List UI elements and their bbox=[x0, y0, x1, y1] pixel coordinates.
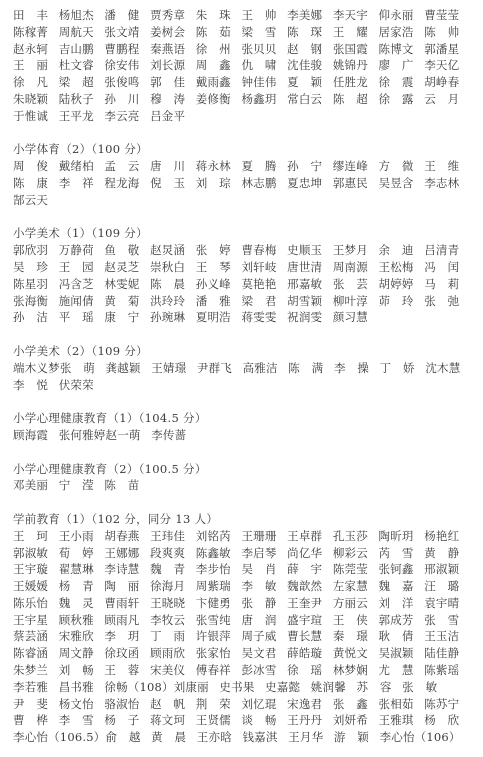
name-cell: 王宇璇 bbox=[13, 561, 59, 578]
name-cell: 王亦晗 bbox=[197, 729, 243, 746]
name-cell: 史书果 bbox=[219, 679, 265, 696]
name-cell: 吕金平 bbox=[150, 108, 196, 125]
name-row: 郭淑敏荀 婷王娜娜段爽爽陈鑫敏李启琴尚亿华柳彩云芮 雪黄 静 bbox=[13, 545, 471, 562]
name-cell: 王媛媛 bbox=[13, 578, 59, 595]
name-row: 王宇璇翟慧琳李诗慧魏 青李步怡吴 肖薛 宇陈莞莹张钶鑫邢淑颖 bbox=[13, 561, 471, 578]
name-cell: 张雪纯 bbox=[196, 612, 242, 629]
name-cell: 林梦娴 bbox=[333, 662, 379, 679]
name-cell: 任胜龙 bbox=[333, 74, 379, 91]
name-cell: 徐 凡 bbox=[13, 74, 59, 91]
name-row: 吴 珍王 园赵灵芝崇秋白王 琴刘轩岐唐世清周南源王松梅冯 闰 bbox=[13, 259, 471, 276]
name-cell: 王 维 bbox=[424, 158, 470, 175]
name-cell: 宋美仪 bbox=[150, 662, 196, 679]
name-cell: 王 珂 bbox=[13, 528, 59, 545]
name-cell: 郭 佳 bbox=[150, 74, 196, 91]
name-cell: 徐 露 bbox=[379, 91, 425, 108]
name-cell: 赵炅涵 bbox=[150, 242, 196, 259]
name-cell: 端木义梦 bbox=[13, 360, 60, 377]
name-cell: 徐安伟 bbox=[104, 57, 150, 74]
name-cell: 秦燕语 bbox=[150, 41, 196, 58]
name-cell: 潘 雅 bbox=[196, 293, 242, 310]
name-cell: 张 芸 bbox=[333, 276, 379, 293]
name-cell: 杨 子 bbox=[104, 712, 150, 729]
name-row: 陈星羽冯含芝林雯妮陈 晨孙义峰莫艳艳邢嘉敏张 芸胡婷婷马 莉 bbox=[13, 276, 471, 293]
name-row: 尹 斐杨文怡骆淑怡赵 帆荆 荣刘忆琨宋逸君张 鑫张相茹陈苏宁 bbox=[13, 696, 471, 713]
name-cell: 曹春梅 bbox=[241, 242, 287, 259]
name-cell: 王松梅 bbox=[379, 259, 425, 276]
name-cell: 仇 啸 bbox=[241, 57, 287, 74]
name-cell: 张相茹 bbox=[379, 696, 425, 713]
name-cell: 梁 超 bbox=[59, 74, 105, 91]
name-cell: 王宇星 bbox=[13, 612, 59, 629]
name-cell: 鱼 敬 bbox=[104, 242, 150, 259]
section: 小学心理健康教育（1）（104.5 分）顾海霞张何雅婷赵一萌李传蔷 bbox=[13, 410, 471, 444]
name-row: 陈睿涵周文静徐玟函顾雨欣张家怡吴文君薛皓璇黄悦文吴淑颖陆佳静 bbox=[13, 645, 471, 662]
name-cell: 刘 琮 bbox=[196, 175, 242, 192]
name-row: 郜云天 bbox=[13, 192, 471, 209]
name-cell: 王晓晓 bbox=[150, 595, 196, 612]
name-cell: 张国霞 bbox=[333, 41, 379, 58]
name-cell: 穆 涛 bbox=[150, 91, 196, 108]
name-row: 孙 洁平 瑶康 宁孙琬琳夏明浩蒋雯雯祝润雯颜习慧 bbox=[13, 309, 471, 326]
name-row: 李心怡（106.5）俞 越黄 晨王亦晗钱嘉淇王月华游 颖李心怡（106） bbox=[13, 729, 471, 746]
name-cell: 李志林 bbox=[424, 175, 470, 192]
name-cell: 冯 闰 bbox=[424, 259, 470, 276]
name-cell: 黄 晨 bbox=[151, 729, 197, 746]
name-cell: 朱梦兰 bbox=[13, 662, 59, 679]
name-cell: 卞健勇 bbox=[196, 595, 242, 612]
name-cell: 宋雅欣 bbox=[59, 628, 105, 645]
name-cell: 潘 健 bbox=[104, 7, 150, 24]
name-cell: 唐 润 bbox=[241, 612, 287, 629]
name-row: 王宇星顾秋雅顾雨凡李牧云张雪纯唐 润盛宇瑄王 侠郭成芳张 雪 bbox=[13, 612, 471, 629]
name-row: 顾海霞张何雅婷赵一萌李传蔷 bbox=[13, 427, 471, 444]
name-cell: 赵一萌 bbox=[106, 427, 152, 444]
name-cell: 魏歆然 bbox=[287, 578, 333, 595]
name-cell: 刘妍希 bbox=[333, 712, 379, 729]
name-cell: 陈 满 bbox=[288, 360, 334, 377]
name-cell: 杨 欣 bbox=[424, 712, 470, 729]
name-cell: 王奎尹 bbox=[287, 595, 333, 612]
name-cell: 龚越颖 bbox=[106, 360, 152, 377]
name-cell: 张 萌 bbox=[60, 360, 106, 377]
name-cell: 陈 康 bbox=[13, 175, 59, 192]
name-cell: 唐 川 bbox=[150, 158, 196, 175]
name-cell: 王卓群 bbox=[287, 528, 333, 545]
name-cell: 黄悦文 bbox=[333, 645, 379, 662]
name-cell: 杨鑫玥 bbox=[241, 91, 287, 108]
name-row: 王媛媛杨 青陶 丽徐海月周紫瑞李 敏魏歆然左家慧魏 嘉汪 璐 bbox=[13, 578, 471, 595]
name-cell: 王 耀 bbox=[333, 24, 379, 41]
name-cell: 杨旭杰 bbox=[59, 7, 105, 24]
name-cell: 李启琴 bbox=[241, 545, 287, 562]
name-cell: 柳彩云 bbox=[333, 545, 379, 562]
name-cell: 左家慧 bbox=[333, 578, 379, 595]
name-cell: 沈佳骏 bbox=[287, 57, 333, 74]
name-row: 郭欣羽万静荷鱼 敬赵炅涵张 婷曹春梅史顺玉王梦月余 迪吕清青 bbox=[13, 242, 471, 259]
name-cell: 梁 君 bbox=[241, 293, 287, 310]
name-cell: 刘轩岐 bbox=[241, 259, 287, 276]
name-cell: 王娜娜 bbox=[104, 545, 150, 562]
name-cell: 李 操 bbox=[334, 360, 380, 377]
name-row: 邓美丽宁 滢陈 苗 bbox=[13, 477, 471, 494]
name-cell: 陈 苗 bbox=[104, 477, 150, 494]
name-row: 赵永轲吉山鹏曹鹏程秦燕语徐 州张贝贝赵 钢张国霞陈博文郭潘星 bbox=[13, 41, 471, 58]
name-cell: 方丽云 bbox=[333, 595, 379, 612]
name-row: 朱梦兰刘 畅王 蓉宋美仪傅春祥彭冰雪徐 瑶林梦娴尤 慧陈紫瑶 bbox=[13, 662, 471, 679]
name-cell: 陈苏宁 bbox=[424, 696, 470, 713]
name-cell: 王玉洁 bbox=[424, 628, 470, 645]
name-cell: 尚亿华 bbox=[287, 545, 333, 562]
section: 小学体育（2）（100 分）周 俊戴绪柏孟 云唐 川蒋永林夏 腾孙 宁缪连峰方 … bbox=[13, 141, 471, 208]
name-cell: 骆淑怡 bbox=[104, 696, 150, 713]
name-cell: 郭惠民 bbox=[333, 175, 379, 192]
name-cell: 马 莉 bbox=[424, 276, 470, 293]
name-cell: 徐 州 bbox=[196, 41, 242, 58]
name-cell: 戴绪柏 bbox=[59, 158, 105, 175]
name-cell: 李 敏 bbox=[241, 578, 287, 595]
name-cell: 杨文怡 bbox=[59, 696, 105, 713]
name-cell: 夏 颖 bbox=[287, 74, 333, 91]
name-cell: 李美娜 bbox=[287, 7, 333, 24]
name-cell: 云 月 bbox=[424, 91, 470, 108]
name-cell: 洪玲玲 bbox=[150, 293, 196, 310]
section-title: 小学美术（2）（109 分） bbox=[13, 343, 471, 360]
name-cell: 吴昱含 bbox=[379, 175, 425, 192]
name-cell: 黄 静 bbox=[424, 545, 470, 562]
name-cell: 郭欣羽 bbox=[13, 242, 59, 259]
name-cell: 王 帅 bbox=[241, 7, 287, 24]
name-cell: 吴淑颖 bbox=[379, 645, 425, 662]
name-cell: 张 敏 bbox=[402, 679, 448, 696]
name-cell: 张文靖 bbox=[104, 24, 150, 41]
name-cell: 尤 慧 bbox=[379, 662, 425, 679]
name-cell: 孙 川 bbox=[104, 91, 150, 108]
name-cell: 居家浩 bbox=[379, 24, 425, 41]
name-cell: 冯含芝 bbox=[59, 276, 105, 293]
name-row: 李若雅昌书雅徐畅（108）刘康丽史书果史嘉懿姚润馨苏 容张 敏 bbox=[13, 679, 471, 696]
name-cell: 蒋雯雯 bbox=[241, 309, 287, 326]
name-cell: 陈星羽 bbox=[13, 276, 59, 293]
name-cell: 王 蓉 bbox=[104, 662, 150, 679]
name-cell: 蒋永林 bbox=[196, 158, 242, 175]
name-cell: 陈 晨 bbox=[150, 276, 196, 293]
name-row: 陈 康李 祥程龙海倪 玉刘 琮林志鹏夏忠坤郭惠民吴昱含李志林 bbox=[13, 175, 471, 192]
name-cell: 张 婷 bbox=[196, 242, 242, 259]
name-row: 徐 凡梁 超张俊鸣郭 佳戴雨鑫钟佳伟夏 颖任胜龙徐 震胡峥春 bbox=[13, 74, 471, 91]
name-cell: 芮 雪 bbox=[379, 545, 425, 562]
name-cell: 顾海霞 bbox=[13, 427, 59, 444]
name-cell: 李传蔷 bbox=[151, 427, 197, 444]
name-cell: 顾秋雅 bbox=[59, 612, 105, 629]
name-cell: 陈稼菁 bbox=[13, 24, 59, 41]
name-cell: 周 鑫 bbox=[196, 57, 242, 74]
name-cell: 康 宁 bbox=[104, 309, 150, 326]
name-cell: 张 弛 bbox=[424, 293, 470, 310]
name-cell: 李心怡（106.5） bbox=[13, 729, 105, 746]
name-cell: 姚润馨 bbox=[311, 679, 357, 696]
name-cell: 盛宇瑄 bbox=[287, 612, 333, 629]
name-cell: 张家怡 bbox=[196, 645, 242, 662]
name-cell: 王梦月 bbox=[333, 242, 379, 259]
name-cell: 郭成芳 bbox=[379, 612, 425, 629]
name-cell: 方 微 bbox=[379, 158, 425, 175]
name-cell: 徐 瑶 bbox=[287, 662, 333, 679]
name-cell: 柳叶淳 bbox=[333, 293, 379, 310]
section: 学前教育（1）（102 分，同分 13 人）王 珂王小雨胡春燕王玮佳刘铭芮王珊珊… bbox=[13, 511, 471, 746]
name-cell: 陶 丽 bbox=[104, 578, 150, 595]
name-cell: 张贝贝 bbox=[241, 41, 287, 58]
name-cell: 杨 青 bbox=[59, 578, 105, 595]
name-cell: 陈 茹 bbox=[196, 24, 242, 41]
name-cell: 王珊珊 bbox=[241, 528, 287, 545]
name-row: 于惟诚王平龙李云亮吕金平 bbox=[13, 108, 471, 125]
name-cell: 余 迪 bbox=[379, 242, 425, 259]
name-cell: 夏 腾 bbox=[241, 158, 287, 175]
name-cell: 胡婷婷 bbox=[379, 276, 425, 293]
name-row: 王 珂王小雨胡春燕王玮佳刘铭芮王珊珊王卓群孔玉莎陶昕玥杨艳红 bbox=[13, 528, 471, 545]
name-cell: 胡峥春 bbox=[424, 74, 470, 91]
name-cell: 宋逸君 bbox=[287, 696, 333, 713]
name-row: 李 悦伏荣荣 bbox=[13, 377, 471, 394]
name-cell: 苏 容 bbox=[356, 679, 402, 696]
name-cell: 朱 珠 bbox=[196, 7, 242, 24]
name-cell: 王小雨 bbox=[59, 528, 105, 545]
name-cell: 王玮佳 bbox=[150, 528, 196, 545]
name-cell: 丁 雨 bbox=[150, 628, 196, 645]
name-cell: 俞 越 bbox=[105, 729, 151, 746]
name-row: 王 丽杜文睿徐安伟刘长源周 鑫仇 啸沈佳骏姚锦丹廖 广李天亿 bbox=[13, 57, 471, 74]
name-cell: 周文静 bbox=[59, 645, 105, 662]
name-cell: 陶昕玥 bbox=[379, 528, 425, 545]
name-cell: 徐畅（108） bbox=[104, 679, 173, 696]
name-cell: 荆 荣 bbox=[196, 696, 242, 713]
name-cell: 姚锦丹 bbox=[333, 57, 379, 74]
name-cell: 陈紫瑶 bbox=[424, 662, 470, 679]
name-cell: 梁 雪 bbox=[241, 24, 287, 41]
name-row: 陈稼菁周航天张文靖姜树会陈 茹梁 雪陈 琛王 耀居家浩陈 帅 bbox=[13, 24, 471, 41]
name-cell: 廖 广 bbox=[379, 57, 425, 74]
name-cell: 薛 宇 bbox=[287, 561, 333, 578]
name-cell: 徐 震 bbox=[379, 74, 425, 91]
name-cell: 蒋文珂 bbox=[150, 712, 196, 729]
name-cell: 陈睿涵 bbox=[13, 645, 59, 662]
name-cell: 祝润雯 bbox=[287, 309, 333, 326]
section-title: 小学体育（2）（100 分） bbox=[13, 141, 471, 158]
name-cell: 荀 婷 bbox=[59, 545, 105, 562]
name-cell: 刘铭芮 bbox=[196, 528, 242, 545]
name-row: 曹 桦李 雪杨 子蒋文珂王贤儒谈 畅王丹丹刘妍希王雅琪杨 欣 bbox=[13, 712, 471, 729]
name-cell: 唐世清 bbox=[287, 259, 333, 276]
name-cell: 王月华 bbox=[288, 729, 334, 746]
name-cell: 王平龙 bbox=[59, 108, 105, 125]
section-title: 小学美术（1）（109 分） bbox=[13, 225, 471, 242]
name-cell: 周子威 bbox=[241, 628, 287, 645]
name-cell: 于惟诚 bbox=[13, 108, 59, 125]
name-cell: 蔡芸涵 bbox=[13, 628, 59, 645]
name-cell: 邓美丽 bbox=[13, 477, 59, 494]
name-cell: 孟 云 bbox=[104, 158, 150, 175]
name-cell: 宁 滢 bbox=[59, 477, 105, 494]
name-cell: 翟慧琳 bbox=[59, 561, 105, 578]
section: 小学美术（2）（109 分）端木义梦张 萌龚越颖王婧璟尹群飞高雅洁陈 满李 操丁… bbox=[13, 343, 471, 393]
name-cell: 郭淑敏 bbox=[13, 545, 59, 562]
name-cell: 程龙海 bbox=[104, 175, 150, 192]
name-cell: 高雅洁 bbox=[243, 360, 289, 377]
name-cell: 李云亮 bbox=[104, 108, 150, 125]
name-cell: 孙义峰 bbox=[196, 276, 242, 293]
name-cell: 段爽爽 bbox=[150, 545, 196, 562]
name-cell: 丁 娇 bbox=[380, 360, 426, 377]
name-cell: 刘 洋 bbox=[379, 595, 425, 612]
name-cell: 胡雪颖 bbox=[287, 293, 333, 310]
name-cell: 杨艳红 bbox=[424, 528, 470, 545]
name-cell: 李步怡 bbox=[196, 561, 242, 578]
name-cell: 常白云 bbox=[287, 91, 333, 108]
name-cell: 王 琴 bbox=[196, 259, 242, 276]
name-cell: 张 静 bbox=[241, 595, 287, 612]
name-cell: 彭冰雪 bbox=[241, 662, 287, 679]
name-cell: 陈博文 bbox=[379, 41, 425, 58]
name-cell: 傅春祥 bbox=[196, 662, 242, 679]
name-cell: 孔玉莎 bbox=[333, 528, 379, 545]
name-row: 张海衡施闻倩黄 菊洪玲玲潘 雅梁 君胡雪颖柳叶淳茆 玲张 弛 bbox=[13, 293, 471, 310]
name-cell: 王 丽 bbox=[13, 57, 59, 74]
name-cell: 周南源 bbox=[333, 259, 379, 276]
name-cell: 邢嘉敏 bbox=[287, 276, 333, 293]
name-cell: 王 园 bbox=[59, 259, 105, 276]
name-cell: 李 悦 bbox=[13, 377, 59, 394]
name-cell: 钟佳伟 bbox=[241, 74, 287, 91]
name-cell: 茆 玲 bbox=[379, 293, 425, 310]
name-cell: 颜习慧 bbox=[333, 309, 379, 326]
name-cell: 游 颖 bbox=[334, 729, 380, 746]
name-cell: 刘忆琨 bbox=[241, 696, 287, 713]
name-cell: 李 祥 bbox=[59, 175, 105, 192]
name-cell: 陆佳静 bbox=[424, 645, 470, 662]
name-row: 田 丰杨旭杰潘 健贾秀章朱 珠王 帅李美娜李天宇仰永丽曹莹莹 bbox=[13, 7, 471, 24]
name-cell: 黄 菊 bbox=[104, 293, 150, 310]
name-cell: 史嘉懿 bbox=[265, 679, 311, 696]
name-cell: 魏 青 bbox=[150, 561, 196, 578]
name-cell: 陆秋子 bbox=[59, 91, 105, 108]
name-cell: 孙 宁 bbox=[287, 158, 333, 175]
name-cell: 莫艳艳 bbox=[241, 276, 287, 293]
name-cell: 魏 嘉 bbox=[379, 578, 425, 595]
name-cell: 尹群飞 bbox=[197, 360, 243, 377]
name-cell: 张俊鸣 bbox=[104, 74, 150, 91]
document-page: 田 丰杨旭杰潘 健贾秀章朱 珠王 帅李美娜李天宇仰永丽曹莹莹陈稼菁周航天张文靖姜… bbox=[0, 0, 483, 757]
section-title: 小学心理健康教育（1）（104.5 分） bbox=[13, 410, 471, 427]
section-title: 小学心理健康教育（2）（100.5 分） bbox=[13, 461, 471, 478]
section: 田 丰杨旭杰潘 健贾秀章朱 珠王 帅李美娜李天宇仰永丽曹莹莹陈稼菁周航天张文靖姜… bbox=[13, 7, 471, 125]
section: 小学心理健康教育（2）（100.5 分）邓美丽宁 滢陈 苗 bbox=[13, 461, 471, 495]
name-cell: 李若雅 bbox=[13, 679, 59, 696]
name-cell: 钱嘉淇 bbox=[242, 729, 288, 746]
name-cell: 戴雨鑫 bbox=[196, 74, 242, 91]
name-cell: 王 侠 bbox=[333, 612, 379, 629]
name-cell: 顾雨凡 bbox=[104, 612, 150, 629]
name-cell: 杜文睿 bbox=[59, 57, 105, 74]
name-cell: 倪 玉 bbox=[150, 175, 196, 192]
name-cell: 周紫瑞 bbox=[196, 578, 242, 595]
name-cell: 吴文君 bbox=[241, 645, 287, 662]
name-cell: 陈鑫敏 bbox=[196, 545, 242, 562]
name-cell: 田 丰 bbox=[13, 7, 59, 24]
name-cell: 曹雨轩 bbox=[104, 595, 150, 612]
name-cell: 周航天 bbox=[59, 24, 105, 41]
name-cell: 王丹丹 bbox=[287, 712, 333, 729]
name-cell: 曹莹莹 bbox=[424, 7, 470, 24]
name-cell: 耿 倩 bbox=[379, 628, 425, 645]
name-cell: 姜树会 bbox=[150, 24, 196, 41]
name-cell: 夏忠坤 bbox=[287, 175, 333, 192]
name-cell: 许银萍 bbox=[196, 628, 242, 645]
section: 小学美术（1）（109 分）郭欣羽万静荷鱼 敬赵炅涵张 婷曹春梅史顺玉王梦月余 … bbox=[13, 225, 471, 326]
name-cell: 曹 桦 bbox=[13, 712, 59, 729]
name-cell: 赵灵芝 bbox=[104, 259, 150, 276]
name-row: 陈乐怡魏 灵曹雨轩王晓晓卞健勇张 静王奎尹方丽云刘 洋袁宇晴 bbox=[13, 595, 471, 612]
name-cell: 张钶鑫 bbox=[379, 561, 425, 578]
name-cell: 林志鹏 bbox=[241, 175, 287, 192]
name-cell: 刘 畅 bbox=[59, 662, 105, 679]
name-cell: 周 俊 bbox=[13, 158, 59, 175]
name-cell: 郜云天 bbox=[13, 192, 59, 209]
name-cell: 张 鑫 bbox=[333, 696, 379, 713]
name-cell: 李心怡（106） bbox=[380, 729, 461, 746]
section-title: 学前教育（1）（102 分，同分 13 人） bbox=[13, 511, 471, 528]
name-cell: 谈 畅 bbox=[241, 712, 287, 729]
sections-container: 田 丰杨旭杰潘 健贾秀章朱 珠王 帅李美娜李天宇仰永丽曹莹莹陈稼菁周航天张文靖姜… bbox=[13, 7, 471, 746]
name-cell: 史顺玉 bbox=[287, 242, 333, 259]
name-cell: 李 雪 bbox=[59, 712, 105, 729]
name-cell: 刘长源 bbox=[150, 57, 196, 74]
name-cell: 孙琬琳 bbox=[150, 309, 196, 326]
name-cell: 曹长慧 bbox=[287, 628, 333, 645]
name-cell: 王婧璟 bbox=[151, 360, 197, 377]
name-cell: 尹 斐 bbox=[13, 696, 59, 713]
name-cell: 王雅琪 bbox=[379, 712, 425, 729]
name-cell: 万静荷 bbox=[59, 242, 105, 259]
name-cell: 郭潘星 bbox=[424, 41, 470, 58]
name-cell: 李天宇 bbox=[333, 7, 379, 24]
name-cell: 刘康丽 bbox=[174, 679, 220, 696]
name-row: 端木义梦张 萌龚越颖王婧璟尹群飞高雅洁陈 满李 操丁 娇沈木慧 bbox=[13, 360, 471, 377]
name-cell: 赵 帆 bbox=[150, 696, 196, 713]
name-cell: 缪连峰 bbox=[333, 158, 379, 175]
name-cell: 陈 帅 bbox=[424, 24, 470, 41]
name-cell: 胡春燕 bbox=[104, 528, 150, 545]
name-cell: 陈莞莹 bbox=[333, 561, 379, 578]
name-cell: 贾秀章 bbox=[150, 7, 196, 24]
name-cell: 李 玥 bbox=[104, 628, 150, 645]
name-cell: 吕清青 bbox=[424, 242, 470, 259]
name-cell: 施闻倩 bbox=[59, 293, 105, 310]
name-cell: 沈木慧 bbox=[425, 360, 471, 377]
name-cell: 邢淑颖 bbox=[424, 561, 470, 578]
name-cell: 张海衡 bbox=[13, 293, 59, 310]
name-cell: 薛皓璇 bbox=[287, 645, 333, 662]
name-cell: 李牧云 bbox=[150, 612, 196, 629]
name-cell: 陈 超 bbox=[333, 91, 379, 108]
name-cell: 徐海月 bbox=[150, 578, 196, 595]
name-cell: 姜修衡 bbox=[196, 91, 242, 108]
name-cell: 夏明浩 bbox=[196, 309, 242, 326]
name-cell: 徐玟函 bbox=[104, 645, 150, 662]
name-cell: 平 瑶 bbox=[59, 309, 105, 326]
name-cell: 魏 灵 bbox=[59, 595, 105, 612]
name-cell: 张 雪 bbox=[424, 612, 470, 629]
